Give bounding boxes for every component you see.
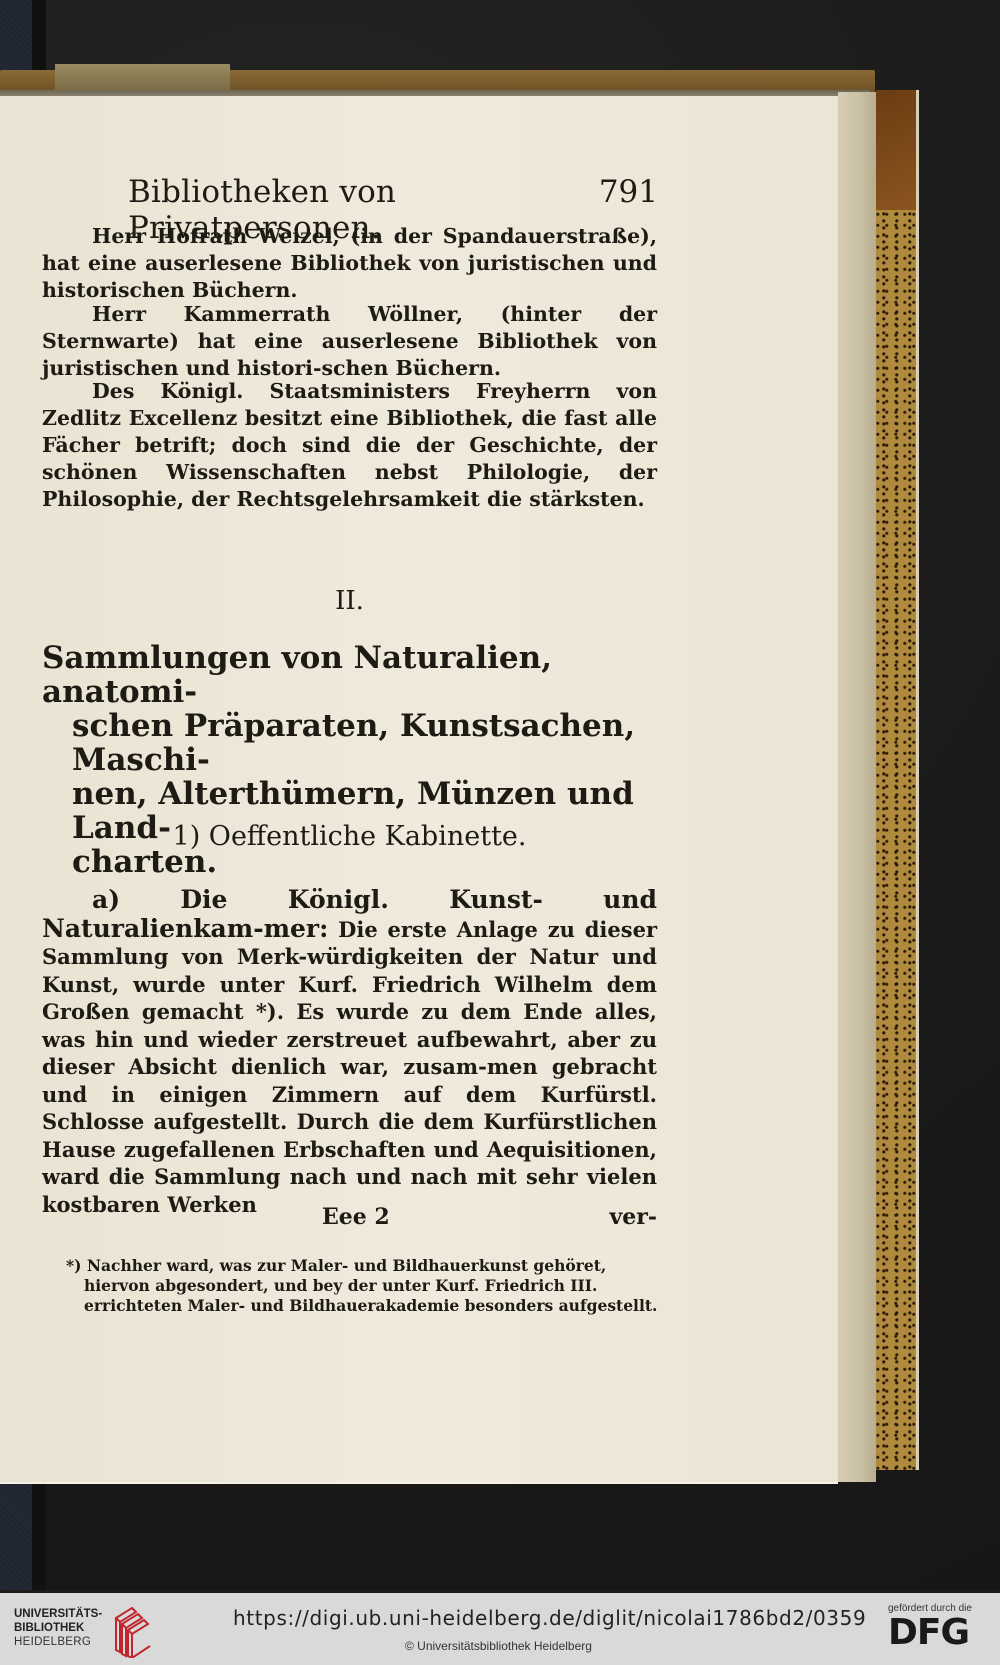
footnote-line: *) Nachher ward, was zur Maler- und Bild…	[66, 1256, 606, 1275]
library-name: UNIVERSITÄTS- BIBLIOTHEK HEIDELBERG	[14, 1607, 102, 1649]
books-logo-icon	[110, 1604, 156, 1658]
binding-corner	[876, 90, 916, 210]
paragraph-woellner: Herr Kammerrath Wöllner, (hinter der Ste…	[42, 301, 657, 382]
binding-label-flap	[55, 64, 230, 92]
paragraph-text: Herr Kammerrath Wöllner, (hinter der Ste…	[42, 302, 657, 380]
section-number: II.	[42, 586, 657, 616]
footnote-line: hiervon abgesondert, und bey der unter K…	[66, 1276, 658, 1296]
speckled-edge	[876, 90, 919, 1470]
library-name-line: BIBLIOTHEK	[14, 1621, 102, 1635]
paragraph-text: Des Königl. Staatsministers Freyherrn vo…	[42, 379, 657, 511]
section-title-line: schen Präparaten, Kunstsachen, Maschi-	[42, 709, 657, 777]
ub-heidelberg-logo[interactable]: UNIVERSITÄTS- BIBLIOTHEK HEIDELBERG	[14, 1607, 144, 1655]
paragraph-kunstkammer: a) Die Königl. Kunst- und Naturalienkam-…	[42, 886, 657, 1218]
copyright-notice: © Universitätsbibliothek Heidelberg	[405, 1639, 592, 1653]
footnote: *) Nachher ward, was zur Maler- und Bild…	[66, 1256, 658, 1316]
paragraph-text: Die erste Anlage zu dieser Sammlung von …	[42, 917, 657, 1217]
page-number: 791	[599, 174, 658, 210]
paragraph-weizel: Herr Hofrath Weizel, (in der Spandauerst…	[42, 223, 657, 304]
paragraph-zedlitz: Des Königl. Staatsministers Freyherrn vo…	[42, 378, 657, 513]
subheading: 1) Oeffentliche Kabinette.	[42, 821, 657, 852]
dfg-logo[interactable]: gefördert durch die DFG	[888, 1603, 988, 1658]
library-name-line: UNIVERSITÄTS-	[14, 1607, 102, 1621]
page-fore-edge	[838, 92, 876, 1482]
section-title-line: Sammlungen von Naturalien, anatomi-	[42, 641, 657, 709]
paragraph-text: Herr Hofrath Weizel, (in der Spandauerst…	[42, 224, 657, 302]
funder-name: DFG	[888, 1612, 969, 1653]
book-page: Bibliotheken von Privatpersonen. 791 Her…	[0, 96, 838, 1484]
signature-mark: Eee 2	[322, 1204, 390, 1230]
library-name-line: HEIDELBERG	[14, 1635, 102, 1649]
footer-bar: UNIVERSITÄTS- BIBLIOTHEK HEIDELBERG http…	[0, 1593, 1000, 1665]
permalink-url[interactable]: https://digi.ub.uni-heidelberg.de/diglit…	[233, 1606, 866, 1630]
catchword: ver-	[609, 1204, 657, 1230]
footnote-line: errichteten Maler- und Bildhauerakademie…	[66, 1296, 658, 1316]
